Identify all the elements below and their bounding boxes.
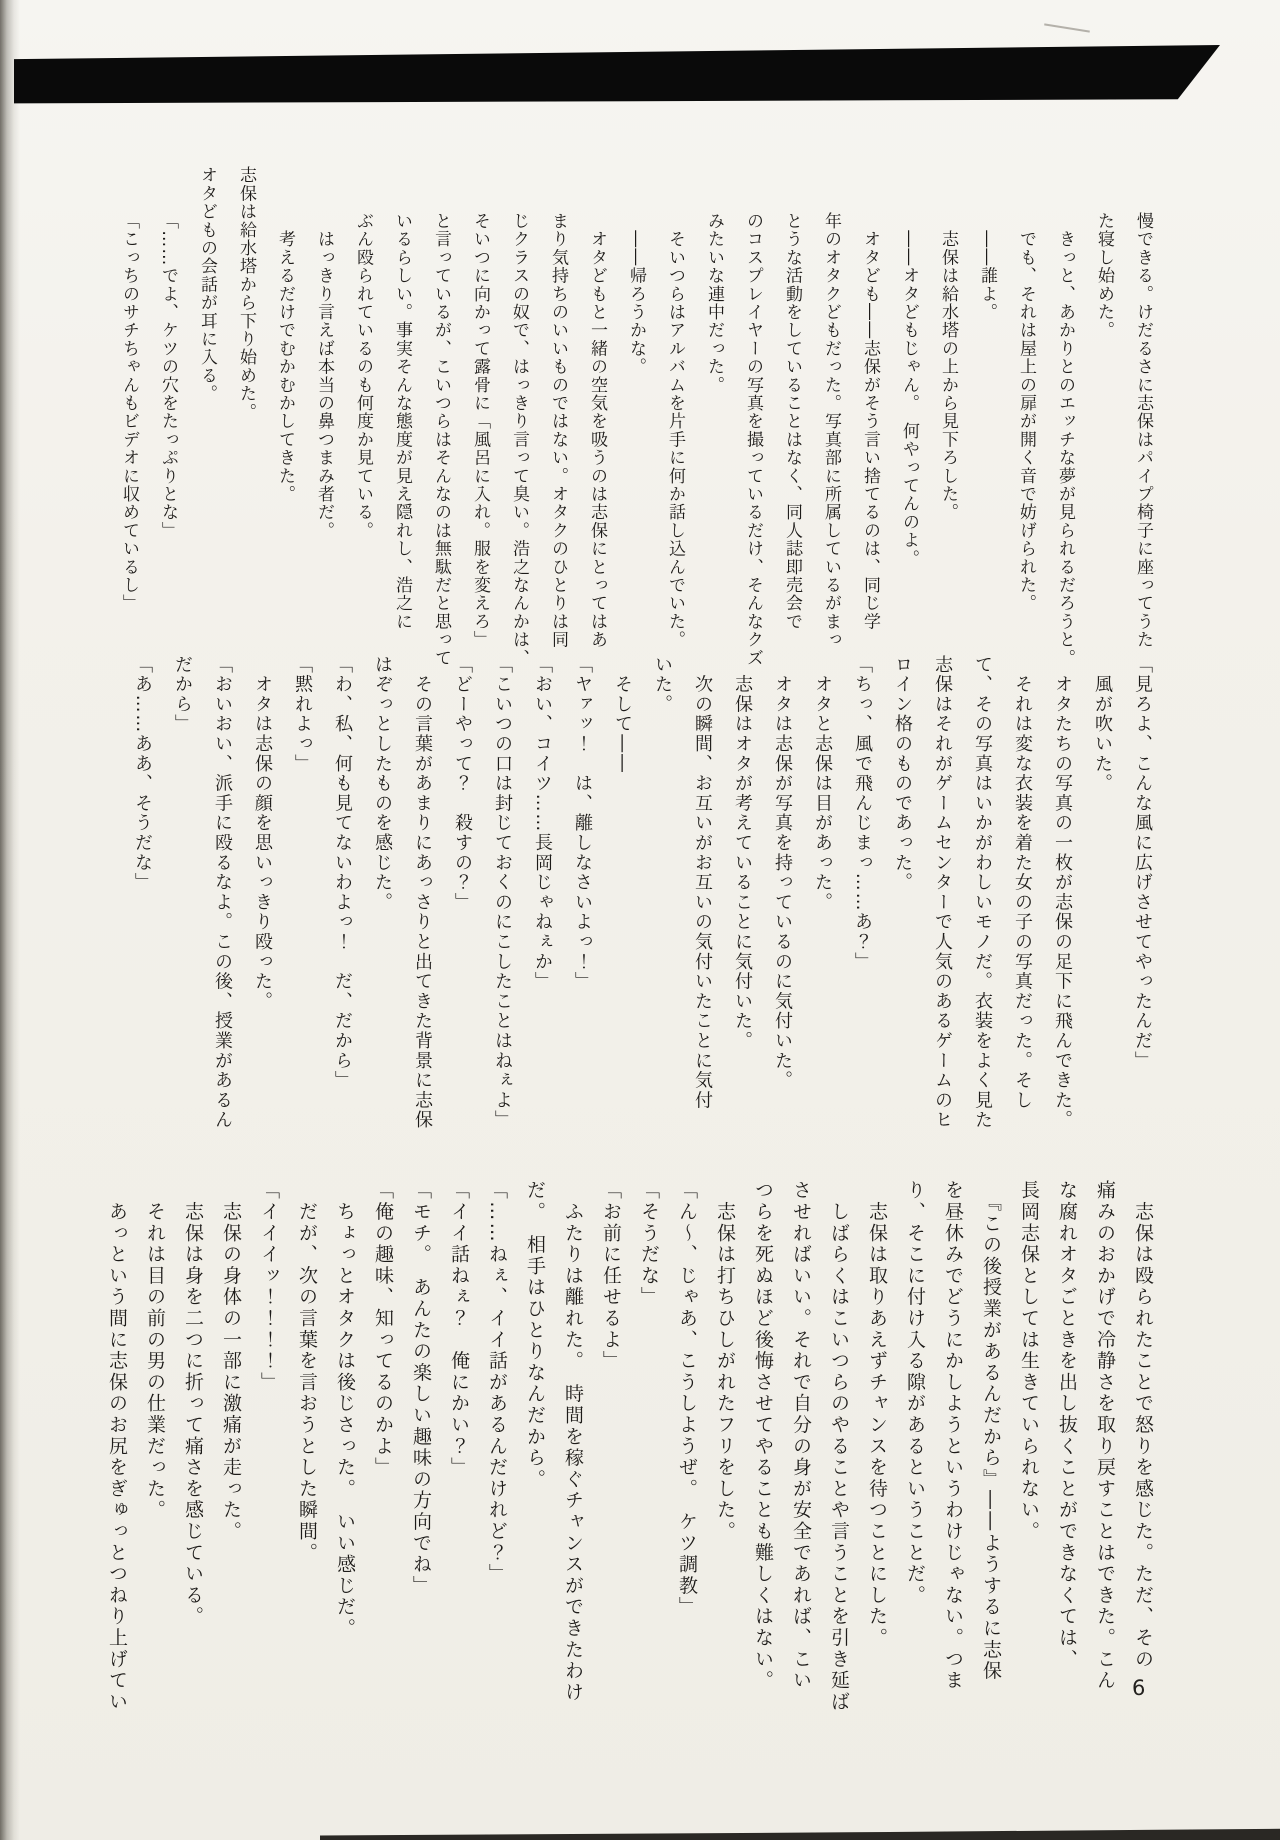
text-line: いた。	[642, 655, 682, 1130]
text-line: 「お前に任せるよ」	[592, 1180, 630, 1700]
text-line: その言葉があまりにあっさりと出てきた背景に志保	[402, 655, 442, 1130]
scan-edge-shadow-bottom	[320, 1826, 1280, 1840]
text-line: 「モチ。 あんたの楽しい趣味の方向でね」	[402, 1180, 440, 1700]
text-line: 「ヤァッ！ は、離しなさいよっ！」	[562, 655, 602, 1130]
text-line: オタどもと一緒の空気を吸うのは志保にとってはあ	[577, 212, 616, 652]
text-line: 「イイイッ！！！！」	[250, 1180, 288, 1700]
text-line: ロイン格のものであった。	[882, 655, 922, 1130]
text-line: オタどもの会話が耳に入る。	[187, 148, 226, 588]
text-line: 志保は取りあえずチャンスを待つことにした。	[858, 1180, 896, 1700]
text-line: を昼休みでどうにかしようというわけじゃない。つま	[934, 1180, 972, 1700]
text-line: 「……でよ、ケツの穴をたっぷりとな」	[148, 212, 187, 652]
text-line: きっと、あかりとのエッチな夢が見られるだろうと。	[1045, 212, 1084, 652]
text-line: た寝し始めた。	[1084, 212, 1123, 652]
text-line: 志保の身体の一部に激痛が走った。	[212, 1180, 250, 1700]
text-line: ぶん殴られているのも何度か見ている。	[343, 212, 382, 652]
text-line: 考えるだけでむかむかしてきた。	[265, 212, 304, 652]
text-line: みたいな連中だった。	[694, 212, 733, 652]
text-line: 志保は殴られたことで怒りを感じた。ただ、その	[1124, 1180, 1162, 1700]
scan-edge-shadow-left	[0, 0, 20, 1840]
text-line: ふたりは離れた。 時間を稼ぐチャンスができたわけ	[554, 1180, 592, 1700]
text-line: それは変な衣装を着た女の子の写真だった。そし	[1002, 655, 1042, 1130]
text-line: 年のオタクどもだった。写真部に所属しているがまっ	[811, 212, 850, 652]
text-line: 「どーやって？ 殺すの？」	[442, 655, 482, 1130]
text-line: ――帰ろうかな。	[616, 212, 655, 652]
text-line: ――誰よ。	[967, 212, 1006, 652]
text-line: 「そうだな」	[630, 1180, 668, 1700]
text-line: 志保はオタが考えていることに気付いた。	[722, 655, 762, 1130]
scanned-page: 慢できる。けだるさに志保はパイプ椅子に座ってうたた寝し始めた。 きっと、あかりと…	[0, 0, 1280, 1840]
text-line: だ。 相手はひとりなんだから。	[516, 1180, 554, 1700]
text-line: 「……ねぇ、イイ話があるんだけれど？」	[478, 1180, 516, 1700]
text-line: 長岡志保としては生きていられない。	[1010, 1180, 1048, 1700]
text-line: ――オタどもじゃん。 何やってんのよ。	[889, 212, 928, 652]
text-line: オタたちの写真の一枚が志保の足下に飛んできた。	[1042, 655, 1082, 1130]
text-line: 「ちっ、風で飛んじまっ……あ？」	[842, 655, 882, 1130]
header-banner-bar	[14, 45, 1220, 104]
text-line: オタと志保は目があった。	[802, 655, 842, 1130]
text-line: そして――	[602, 655, 642, 1130]
text-line: 風が吹いた。	[1082, 655, 1122, 1130]
text-line: しばらくはこいつらのやることや言うことを引き延ば	[820, 1180, 858, 1700]
text-line: 「黙れよっ」	[282, 655, 322, 1130]
text-line: 志保は身を二つに折って痛さを感じている。	[174, 1180, 212, 1700]
text-line: と言っているが、こいつらはそんなのは無駄だと思って	[421, 212, 460, 652]
text-line: 「ん～、じゃあ、こうしようぜ。 ケツ調教」	[668, 1180, 706, 1700]
text-line: オタは志保が写真を持っているのに気付いた。	[762, 655, 802, 1130]
text-line: て、その写真はいかがわしいモノだ。衣装をよく見た	[962, 655, 1002, 1130]
text-line: 「イイ話ねぇ？ 俺にかい？」	[440, 1180, 478, 1700]
text-line: させればいい。それで自分の身が安全であれば、こい	[782, 1180, 820, 1700]
text-line: 「あ……ああ、そうだな」	[122, 655, 162, 1130]
text-line: でも、それは屋上の扉が開く音で妨げられた。	[1006, 212, 1045, 652]
text-line: 慢できる。けだるさに志保はパイプ椅子に座ってうた	[1123, 212, 1162, 652]
text-block-middle: 「見ろよ、こんな風に広げさせてやったんだ」 風が吹いた。 オタたちの写真の一枚が…	[122, 655, 1162, 1130]
page-number: 6	[1132, 1676, 1145, 1700]
text-line: いるらしい。事実そんな態度が見え隠れし、浩之に	[382, 212, 421, 652]
text-line: のコスプレイヤーの写真を撮っているだけ、そんなクズ	[733, 212, 772, 652]
text-line: 志保は給水塔の上から見下ろした。	[928, 212, 967, 652]
text-line: 「俺の趣味、知ってるのかよ」	[364, 1180, 402, 1700]
text-line: だから」	[162, 655, 202, 1130]
text-line: オタども――志保がそう言い捨てるのは、同じ学	[850, 212, 889, 652]
text-line: そいつらはアルバムを片手に何か話し込んでいた。	[655, 212, 694, 652]
text-line: はっきり言えば本当の鼻つまみ者だ。	[304, 212, 343, 652]
text-line: な腐れオタごときを出し抜くことができなくては、	[1048, 1180, 1086, 1700]
text-block-top: 慢できる。けだるさに志保はパイプ椅子に座ってうたた寝し始めた。 きっと、あかりと…	[109, 212, 1162, 652]
text-line: 痛みのおかげで冷静さを取り戻すことはできた。こん	[1086, 1180, 1124, 1700]
text-line: だが、次の言葉を言おうとした瞬間。	[288, 1180, 326, 1700]
text-line: 「見ろよ、こんな風に広げさせてやったんだ」	[1122, 655, 1162, 1130]
text-line: 「わ、私、何も見てないわよっ！ だ、だから」	[322, 655, 362, 1130]
text-block-bottom: 志保は殴られたことで怒りを感じた。ただ、その痛みのおかげで冷静さを取り戻すことは…	[98, 1180, 1162, 1700]
text-line: つらを死ぬほど後悔させてやることも難しくはない。	[744, 1180, 782, 1700]
text-line: あっという間に志保のお尻をぎゅっとつねり上げてい	[98, 1180, 136, 1700]
text-line: はぞっとしたものを感じた。	[362, 655, 402, 1130]
pencil-mark	[1044, 23, 1090, 32]
text-line: 「こいつの口は封じておくのにこしたことはねぇよ」	[482, 655, 522, 1130]
text-line: オタは志保の顔を思いっきり殴った。	[242, 655, 282, 1130]
text-line: まり気持ちのいいものではない。オタクのひとりは同	[538, 212, 577, 652]
text-line: 「おいおい、派手に殴るなよ。この後、授業があるん	[202, 655, 242, 1130]
text-line: とうな活動をしていることはなく、同人誌即売会で	[772, 212, 811, 652]
text-line: 次の瞬間、お互いがお互いの気付いたことに気付	[682, 655, 722, 1130]
text-line: それは目の前の男の仕業だった。	[136, 1180, 174, 1700]
text-line: そいつに向かって露骨に「風呂に入れ。服を変えろ」	[460, 212, 499, 652]
text-line: じクラスの奴で、はっきり言って臭い。浩之なんかは、	[499, 212, 538, 652]
text-line: 「おい、コイツ……長岡じゃねぇか」	[522, 655, 562, 1130]
text-line: 「こっちのサチちゃんもビデオに収めているし」	[109, 212, 148, 652]
text-line: 『この後授業があるんだから』――ようするに志保	[972, 1180, 1010, 1700]
text-line: 志保は給水塔から下り始めた。	[226, 148, 265, 588]
text-line: ちょっとオタクは後じさった。 いい感じだ。	[326, 1180, 364, 1700]
text-line: 志保はそれがゲームセンターで人気のあるゲームのヒ	[922, 655, 962, 1130]
text-line: 志保は打ちひしがれたフリをした。	[706, 1180, 744, 1700]
text-line: り、そこに付け入る隙があるということだ。	[896, 1180, 934, 1700]
